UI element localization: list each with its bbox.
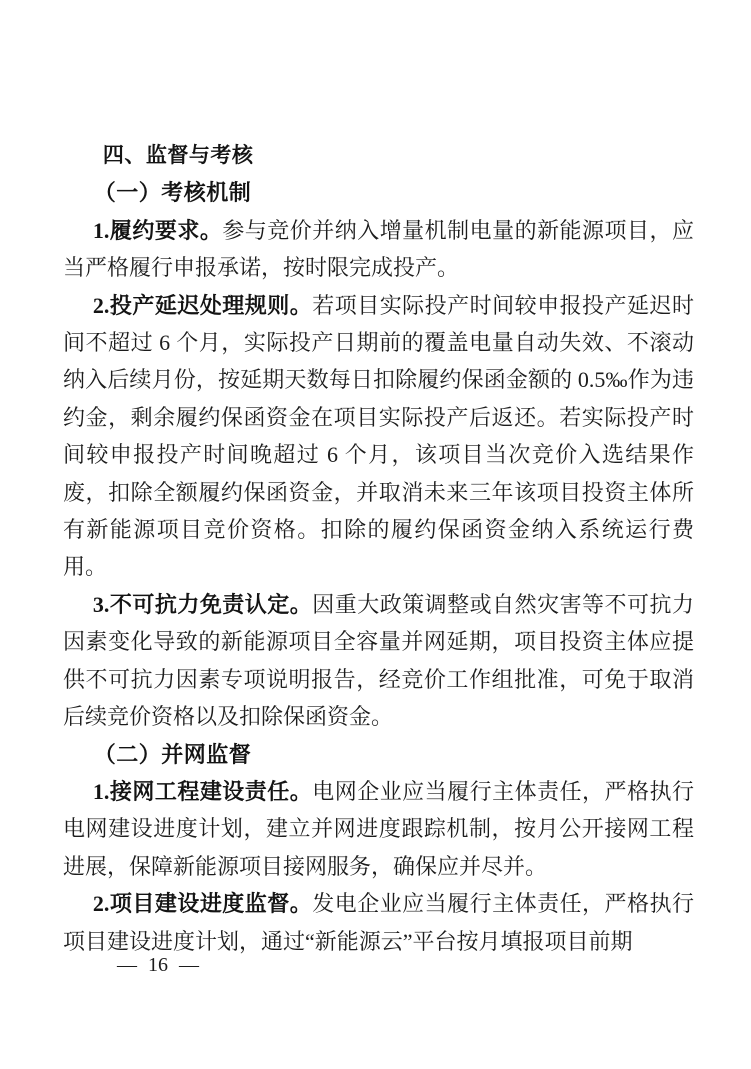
paragraph-body: 若项目实际投产时间较申报投产延迟时间不超过 6 个月，实际投产日期前的覆盖电量自… — [63, 293, 694, 580]
paragraph-lead: 3.不可抗力免责认定。 — [93, 592, 312, 617]
subsection-heading-assessment-mechanism: （一）考核机制 — [63, 174, 694, 211]
paragraph-project-progress-supervision: 2.项目建设进度监督。发电企业应当履行主体责任，严格执行项目建设进度计划，通过“… — [63, 885, 694, 960]
paragraph-force-majeure-exemption: 3.不可抗力免责认定。因重大政策调整或自然灾害等不可抗力因素变化导致的新能源项目… — [63, 586, 694, 736]
paragraph-grid-connection-responsibility: 1.接网工程建设责任。电网企业应当履行主体责任，严格执行电网建设进度计划，建立并… — [63, 773, 694, 885]
document-page: 四、监督与考核 （一）考核机制 1.履约要求。参与竞价并纳入增量机制电量的新能源… — [0, 0, 751, 1069]
page-content: 四、监督与考核 （一）考核机制 1.履约要求。参与竞价并纳入增量机制电量的新能源… — [63, 137, 694, 960]
paragraph-lead: 2.投产延迟处理规则。 — [93, 293, 312, 318]
paragraph-lead: 1.接网工程建设责任。 — [93, 779, 312, 804]
section-heading: 四、监督与考核 — [63, 137, 694, 174]
page-footer: —16— — [117, 954, 199, 976]
footer-dash-right: — — [179, 954, 199, 976]
paragraph-delay-handling-rules: 2.投产延迟处理规则。若项目实际投产时间较申报投产延迟时间不超过 6 个月，实际… — [63, 287, 694, 586]
page-number: 16 — [148, 954, 168, 976]
subsection-heading-grid-connection-supervision: （二）并网监督 — [63, 736, 694, 773]
paragraph-lead: 1.履约要求。 — [93, 218, 222, 243]
paragraph-performance-requirement: 1.履约要求。参与竞价并纳入增量机制电量的新能源项目，应当严格履行申报承诺，按时… — [63, 212, 694, 287]
paragraph-lead: 2.项目建设进度监督。 — [93, 891, 312, 916]
footer-dash-left: — — [117, 954, 137, 976]
